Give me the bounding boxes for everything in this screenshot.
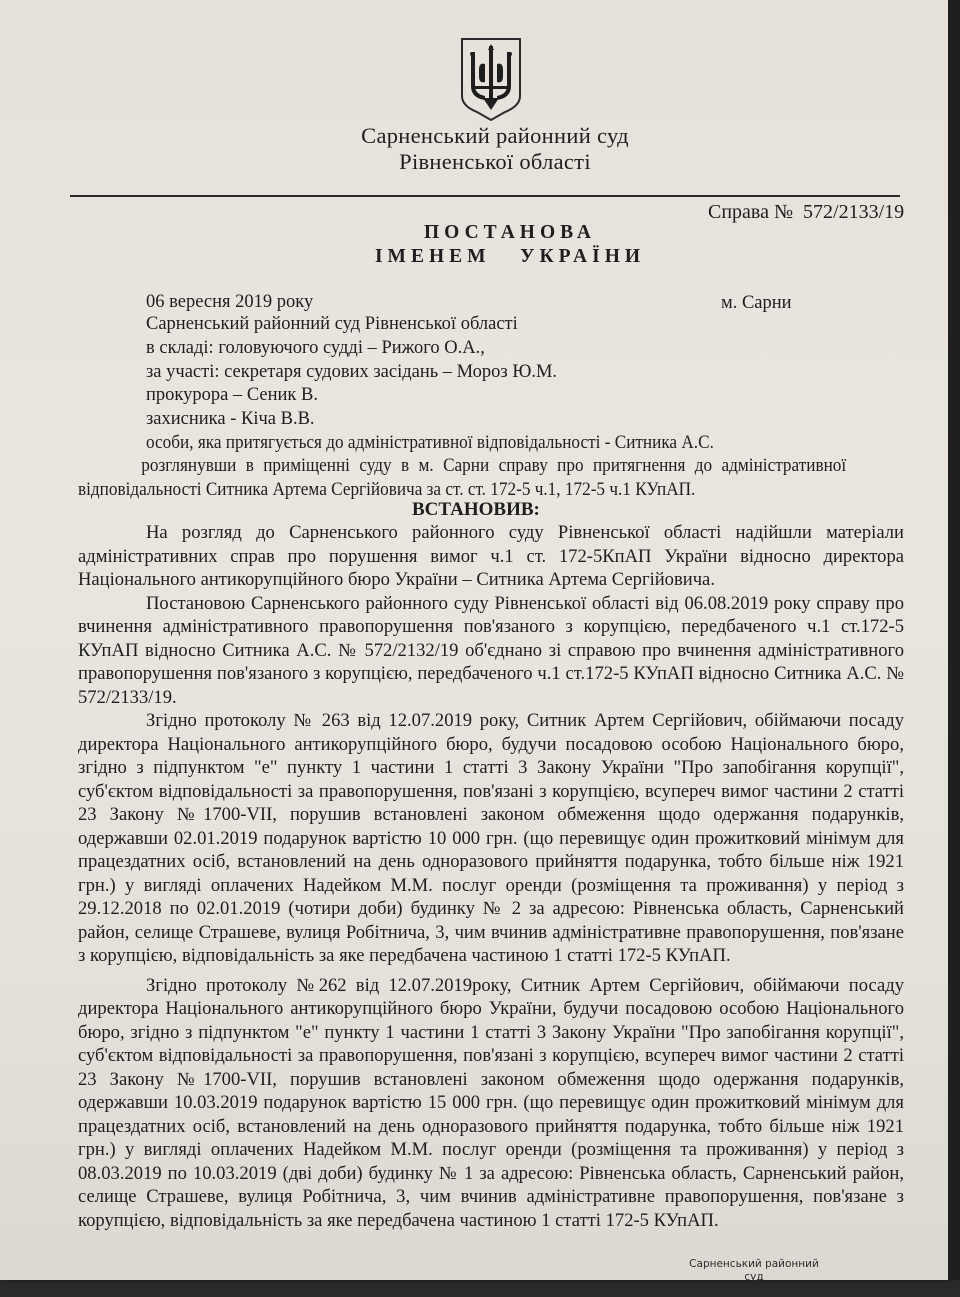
stamp-court-name: Сарненський районний суд: [684, 1258, 824, 1280]
case-number: Справа № 572/2133/19: [708, 201, 904, 224]
composition-line: Сарненський районний суд Рівненської обл…: [146, 313, 757, 337]
title-resolution: ПОСТАНОВА: [300, 221, 720, 245]
body-paragraph: Згідно протоколу №262 від 12.07.2019року…: [78, 974, 904, 1233]
composition-line: за участі: секретаря судових засідань – …: [146, 361, 757, 385]
photo-background-edge: [948, 0, 960, 1280]
ruling-city: м. Сарни: [721, 293, 792, 314]
trident-coat-of-arms-icon: [459, 36, 523, 122]
body-paragraph: На розгляд до Сарненського районного суд…: [78, 521, 904, 592]
header-divider: [70, 195, 900, 197]
document-page: Сарненський районний суд Рівненської обл…: [0, 0, 950, 1280]
document-title: ПОСТАНОВА ІМЕНЕМ УКРАЇНИ: [300, 221, 720, 269]
court-header: Сарненський районний суд Рівненської обл…: [300, 123, 690, 175]
composition-line: особи, яка притягується до адміністратив…: [146, 432, 714, 456]
established-heading: ВСТАНОВИВ:: [412, 499, 540, 521]
body-paragraph: Згідно протоколу № 263 від 12.07.2019 ро…: [78, 709, 904, 968]
court-composition: Сарненський районний суд Рівненської обл…: [146, 313, 757, 456]
composition-line: захисника - Кіча В.В.: [146, 408, 757, 432]
court-name: Сарненський районний суд: [300, 123, 690, 149]
ruling-date: 06 вересня 2019 року: [146, 292, 313, 313]
court-region: Рівненської області: [300, 149, 690, 175]
consideration-paragraph: розглянувши в приміщенні суду в м. Сарни…: [78, 455, 846, 502]
composition-line: в складі: головуючого судді – Рижого О.А…: [146, 337, 757, 361]
composition-line: прокурора – Сеник В.: [146, 384, 757, 408]
ruling-body: На розгляд до Сарненського районного суд…: [78, 521, 904, 1232]
body-paragraph: Постановою Сарненського районного суду Р…: [78, 592, 904, 710]
court-stamp: Сарненський районний суд Рівненської обл…: [684, 1258, 824, 1280]
title-in-name-of-ukraine: ІМЕНЕМ УКРАЇНИ: [300, 245, 720, 269]
